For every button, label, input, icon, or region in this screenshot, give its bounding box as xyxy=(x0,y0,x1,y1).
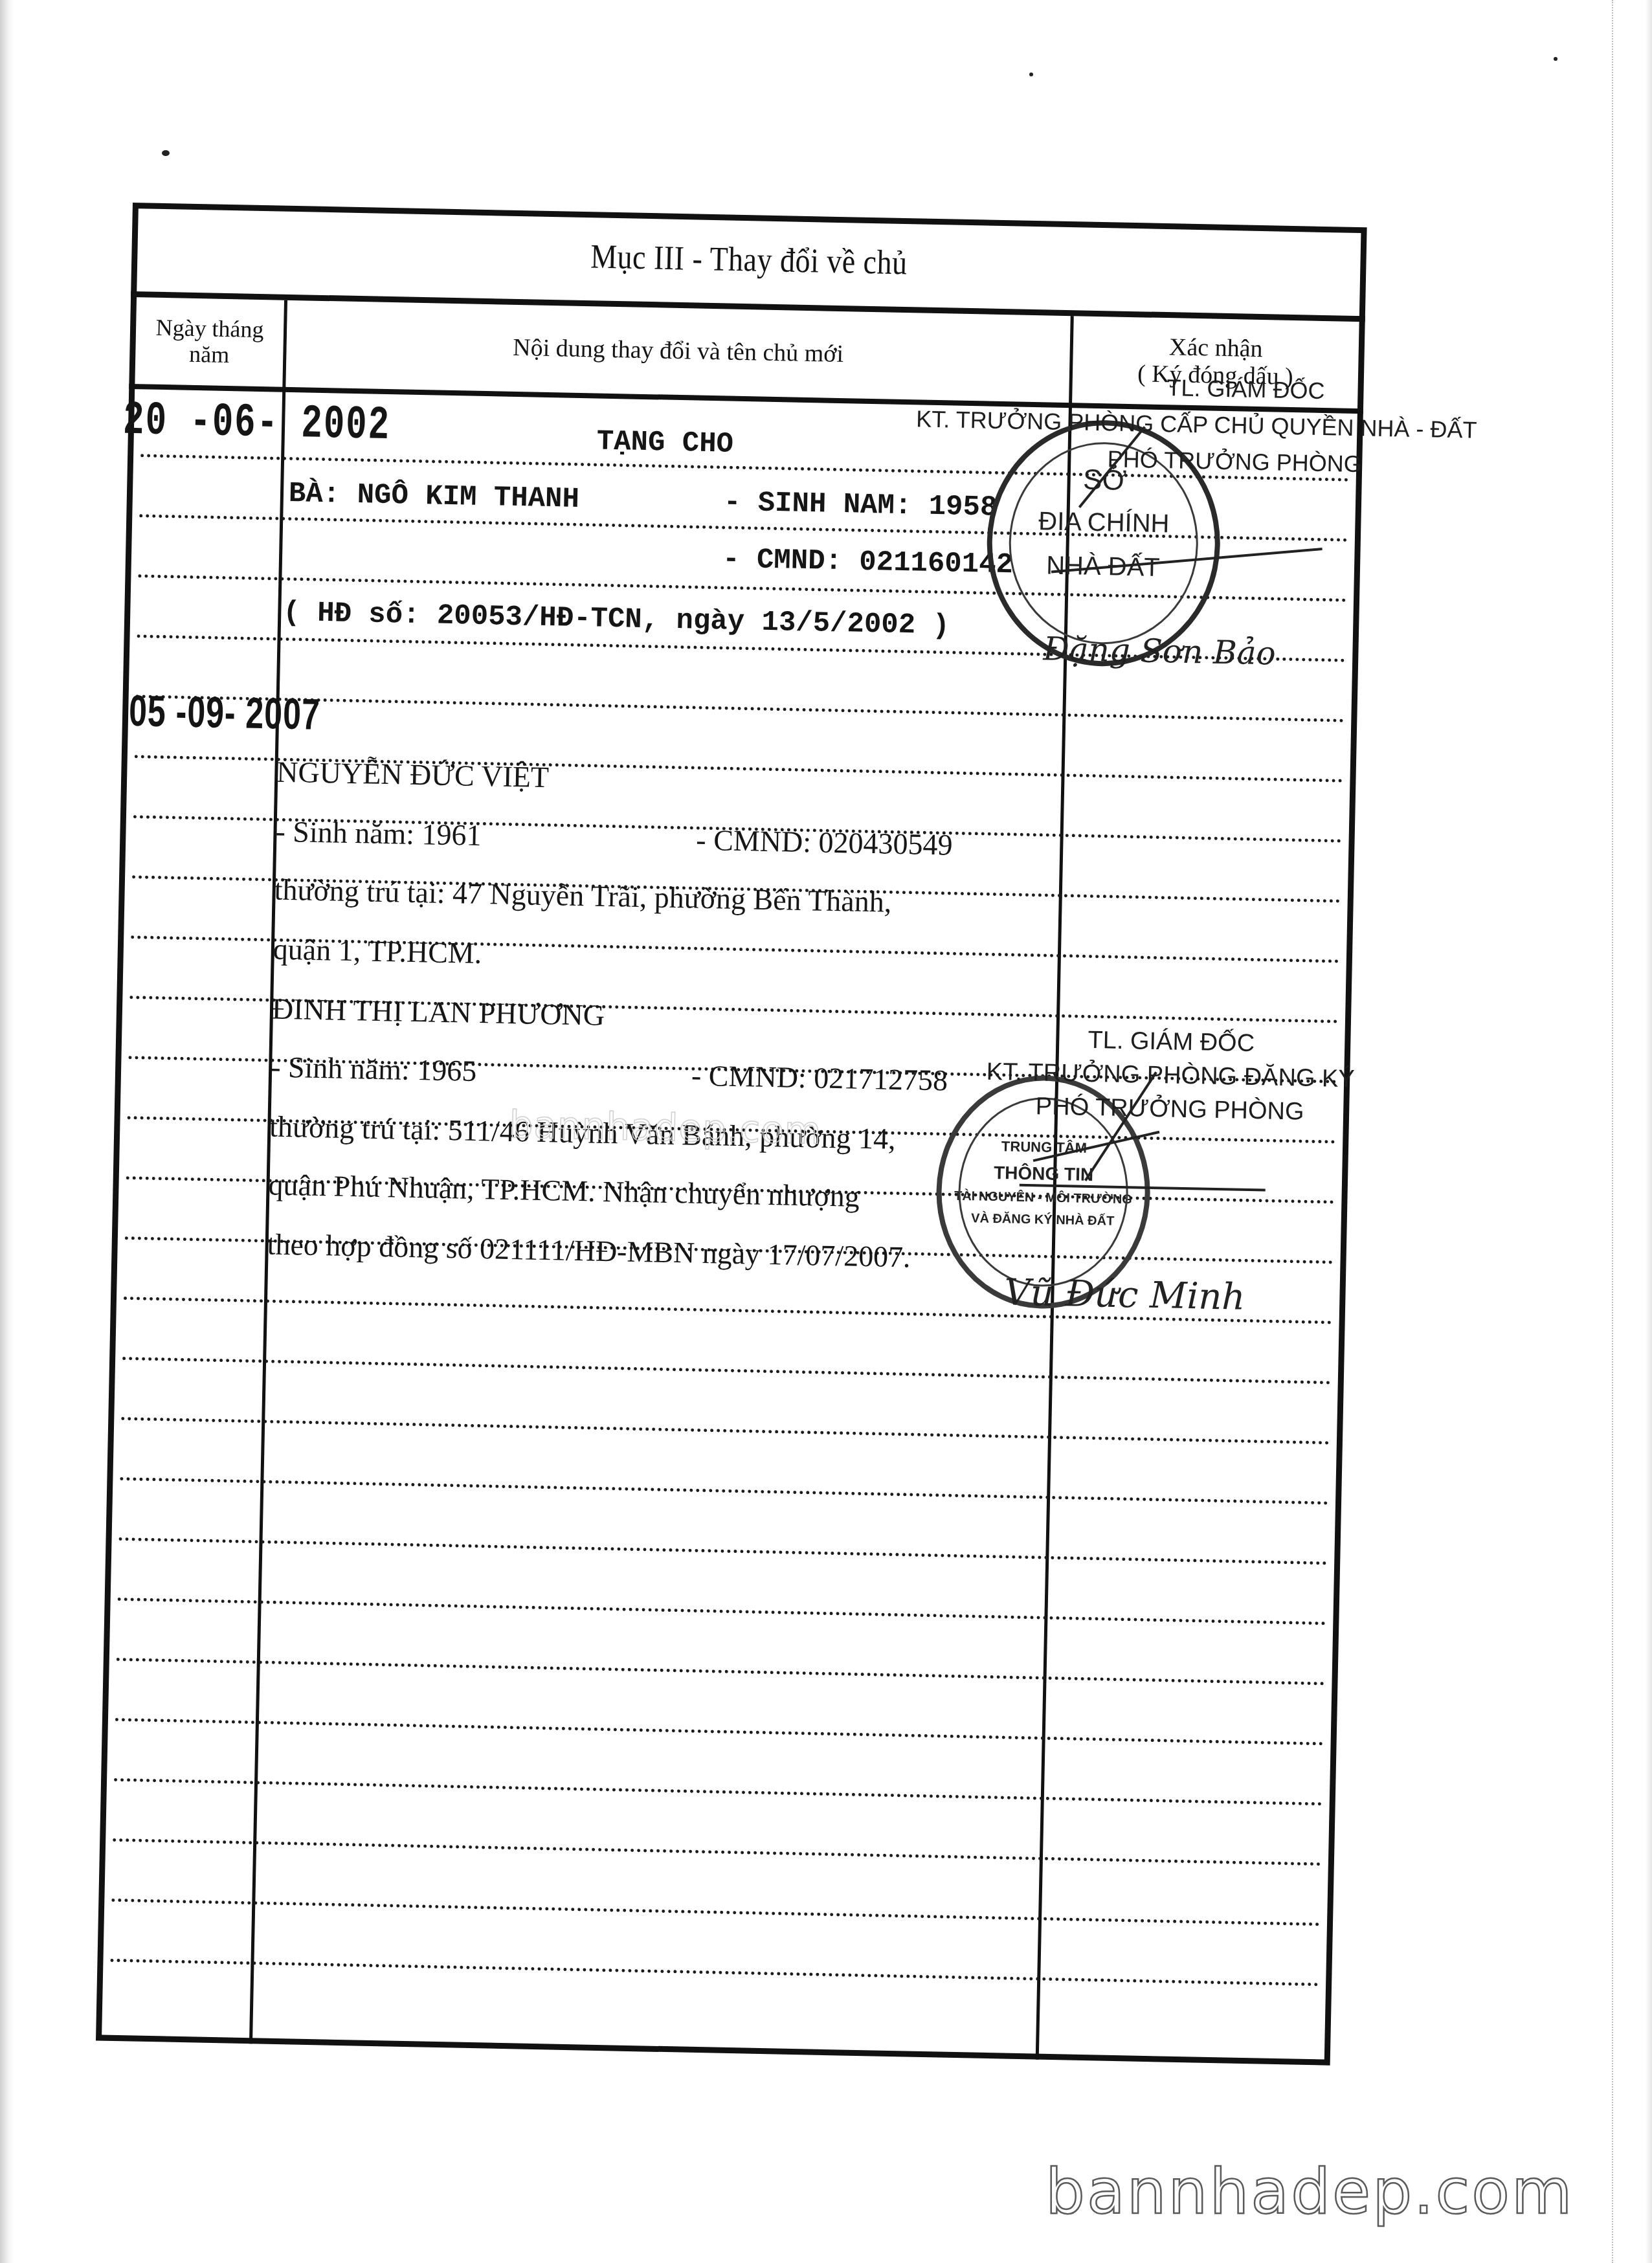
entry-1-heading: TẠNG CHO xyxy=(596,425,733,460)
entry-2-birth-1: - Sinh năm: 1961 xyxy=(275,814,482,853)
entry-2-signer: Vũ Đức Minh xyxy=(1004,1271,1245,1318)
entry-2-confirmation: TL. GIÁM ĐỐC KT. TRƯỞNG PHÒNG ĐĂNG KÝ PH… xyxy=(891,1020,1450,1131)
entry-1-date: 20 -06- 2002 xyxy=(122,394,390,453)
scan-speck xyxy=(162,150,170,156)
inline-watermark: bannhadep.com xyxy=(509,1102,822,1153)
header-confirm-line1: Xác nhận xyxy=(1169,334,1263,363)
entry-1-id: - CMND: 021160142 xyxy=(722,543,1014,581)
scan-speck xyxy=(1554,57,1557,61)
scan-speck xyxy=(1029,72,1033,76)
seal-1-text: ĐỊA CHÍNH xyxy=(992,506,1216,540)
scan-page-edge-right xyxy=(1646,0,1652,2263)
section-title: Mục III - Thay đổi về chủ xyxy=(590,236,908,282)
header-date-line2: năm xyxy=(155,341,263,369)
entry-1-birth: - SINH NAM: 1958 xyxy=(723,486,997,524)
seal-2-text: VÀ ĐĂNG KÝ NHÀ ĐẤT xyxy=(941,1210,1144,1229)
entry-1-signer: Đặng Sơn Bảo xyxy=(1043,630,1276,672)
entry-2-date: 05 -09- 2007 xyxy=(128,686,320,740)
entry-2-birth-2: - Sinh năm: 1965 xyxy=(271,1050,477,1088)
header-date-line1: Ngày tháng xyxy=(155,315,264,343)
entry-2-name-1: NGUYỄN ĐỨC VIỆT xyxy=(276,755,550,794)
entry-2-id-1: - CMND: 020430549 xyxy=(696,823,953,862)
footer-watermark: bannhadep.com xyxy=(1045,2156,1574,2228)
entry-1-name: BÀ: NGÔ KIM THANH xyxy=(289,478,580,516)
entry-1-confirmation: TL. GIÁM ĐỐC KT. TRƯỞNG PHÒNG CẤP CHỦ QU… xyxy=(904,364,1489,485)
header-date: Ngày tháng năm xyxy=(135,297,284,387)
seal-2-text: TÀI NGUYÊN - MÔI TRƯỜNG xyxy=(941,1188,1144,1207)
seal-2-text: THÔNG TIN xyxy=(942,1161,1146,1186)
entry-2-name-2: ĐINH THỊ LAN PHƯƠNG xyxy=(272,992,605,1032)
fold-line xyxy=(1612,0,1613,2263)
scan-page-edge xyxy=(0,0,14,2263)
entry-2-address-1b: quận 1, TP.HCM. xyxy=(273,932,482,970)
ownership-change-form: Mục III - Thay đổi về chủ Ngày tháng năm… xyxy=(96,203,1367,2066)
